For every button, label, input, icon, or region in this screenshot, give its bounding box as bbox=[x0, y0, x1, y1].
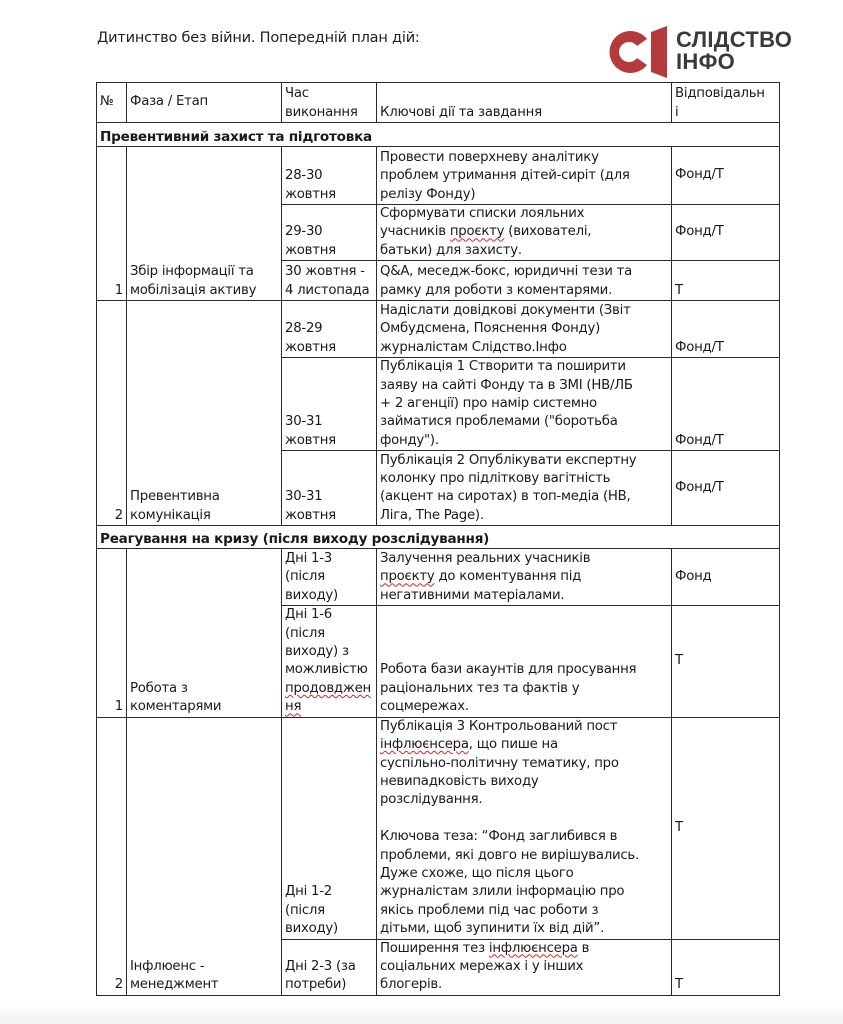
logo-wordmark: СЛІДСТВО ІНФО bbox=[676, 29, 792, 73]
phase-name: Інфлюенс - менеджмент bbox=[127, 717, 282, 995]
action-plan-table: № Фаза / Етап Час виконання Ключові дії … bbox=[96, 82, 780, 996]
task-action: Публікація 3 Контрольований пост інфлюєн… bbox=[377, 717, 672, 939]
task-time: 28-30 жовтня bbox=[282, 147, 377, 205]
section-title: Реагування на кризу (після виходу розслі… bbox=[97, 526, 780, 549]
page-edge bbox=[0, 1000, 843, 1024]
phase-name: Робота з коментарями bbox=[127, 549, 282, 717]
phase-number: 1 bbox=[97, 549, 127, 717]
task-time: 29-30 жовтня bbox=[282, 205, 377, 261]
section-row: Реагування на кризу (після виходу розслі… bbox=[97, 526, 780, 549]
table-header-row: № Фаза / Етап Час виконання Ключові дії … bbox=[97, 83, 780, 123]
task-time: 30 жовтня - 4 листопада bbox=[282, 261, 377, 301]
document-title: Дитинство без війни. Попередній план дій… bbox=[97, 30, 420, 46]
logo-mark-icon bbox=[603, 26, 669, 78]
header-num: № bbox=[97, 83, 127, 123]
task-responsible: Т bbox=[672, 717, 780, 939]
task-time: Дні 2-3 (за потреби) bbox=[282, 939, 377, 995]
task-action: Робота бази акаунтів для просування раці… bbox=[377, 606, 672, 717]
task-time: Дні 1-2 (після виходу) bbox=[282, 717, 377, 939]
action-text: Залучення реальних учасників bbox=[380, 551, 590, 566]
table-row: 2 Превентивна комунікація 28-29 жовтня Н… bbox=[97, 301, 780, 358]
task-responsible: Фонд/Т bbox=[672, 147, 780, 205]
task-responsible: Т bbox=[672, 261, 780, 301]
header-time: Час виконання bbox=[282, 83, 377, 123]
table-row: 2 Інфлюенс - менеджмент Дні 1-2 (після в… bbox=[97, 717, 780, 939]
task-action: Q&A, меседж-бокс, юридичні тези та рамку… bbox=[377, 261, 672, 301]
header-phase: Фаза / Етап bbox=[127, 83, 282, 123]
task-responsible: Фонд/Т bbox=[672, 451, 780, 526]
table-row: 1 Збір інформації та мобілізація активу … bbox=[97, 147, 780, 205]
task-responsible: Т bbox=[672, 606, 780, 717]
logo-line-1: СЛІДСТВО bbox=[676, 29, 792, 51]
table-row: 1 Робота з коментарями Дні 1-3 (після ви… bbox=[97, 549, 780, 606]
phase-name: Превентивна комунікація bbox=[127, 301, 282, 526]
task-action: Надіслати довідкові документи (Звіт Омбу… bbox=[377, 301, 672, 358]
task-action: Публікація 2 Опублікувати експертну коло… bbox=[377, 451, 672, 526]
task-time: 30-31 жовтня bbox=[282, 358, 377, 451]
spellcheck-flagged-word[interactable]: продовджен bbox=[285, 681, 371, 696]
task-responsible: Фонд/Т bbox=[672, 358, 780, 451]
action-text: Поширення тез bbox=[380, 941, 489, 956]
task-action: Провести поверхневу аналітику проблем ут… bbox=[377, 147, 672, 205]
task-time: Дні 1-6 (після виходу) з можливістю прод… bbox=[282, 606, 377, 717]
time-text: Дні 1-6 (після виходу) з можливістю bbox=[285, 607, 368, 677]
task-responsible: Т bbox=[672, 939, 780, 995]
section-row: Превентивний захист та підготовка bbox=[97, 123, 780, 147]
task-action: Поширення тез інфлюєнсера в соціальних м… bbox=[377, 939, 672, 995]
task-time: 28-29 жовтня bbox=[282, 301, 377, 358]
logo-line-2: ІНФО bbox=[676, 51, 792, 73]
section-title: Превентивний захист та підготовка bbox=[97, 123, 780, 147]
task-action: Сформувати списки лояльних учасників про… bbox=[377, 205, 672, 261]
spellcheck-flagged-word[interactable]: проєкту bbox=[380, 569, 434, 584]
action-text: , що пише на суспільно-політичну тематик… bbox=[380, 737, 639, 936]
task-time: Дні 1-3 (після виходу) bbox=[282, 549, 377, 606]
sledstvo-info-logo: СЛІДСТВО ІНФО bbox=[603, 26, 823, 80]
task-action: Залучення реальних учасників проєкту до … bbox=[377, 549, 672, 606]
phase-number: 1 bbox=[97, 147, 127, 301]
task-responsible: Фонд/Т bbox=[672, 205, 780, 261]
spellcheck-flagged-word[interactable]: ня bbox=[285, 699, 301, 714]
task-responsible: Фонд bbox=[672, 549, 780, 606]
spellcheck-flagged-word[interactable]: проєкту bbox=[450, 224, 504, 239]
header-responsible: Відповідальн і bbox=[672, 83, 780, 123]
task-responsible: Фонд/Т bbox=[672, 301, 780, 358]
action-text: Публікація 3 Контрольований пост bbox=[380, 719, 617, 734]
header-actions: Ключові дії та завдання bbox=[377, 83, 672, 123]
phase-number: 2 bbox=[97, 301, 127, 526]
spellcheck-flagged-word[interactable]: інфлюєнсера bbox=[489, 941, 578, 956]
phase-number: 2 bbox=[97, 717, 127, 995]
task-time: 30-31 жовтня bbox=[282, 451, 377, 526]
phase-name: Збір інформації та мобілізація активу bbox=[127, 147, 282, 301]
spellcheck-flagged-word[interactable]: інфлюєнсера bbox=[380, 737, 469, 752]
task-action: Публікація 1 Створити та поширити заяву … bbox=[377, 358, 672, 451]
